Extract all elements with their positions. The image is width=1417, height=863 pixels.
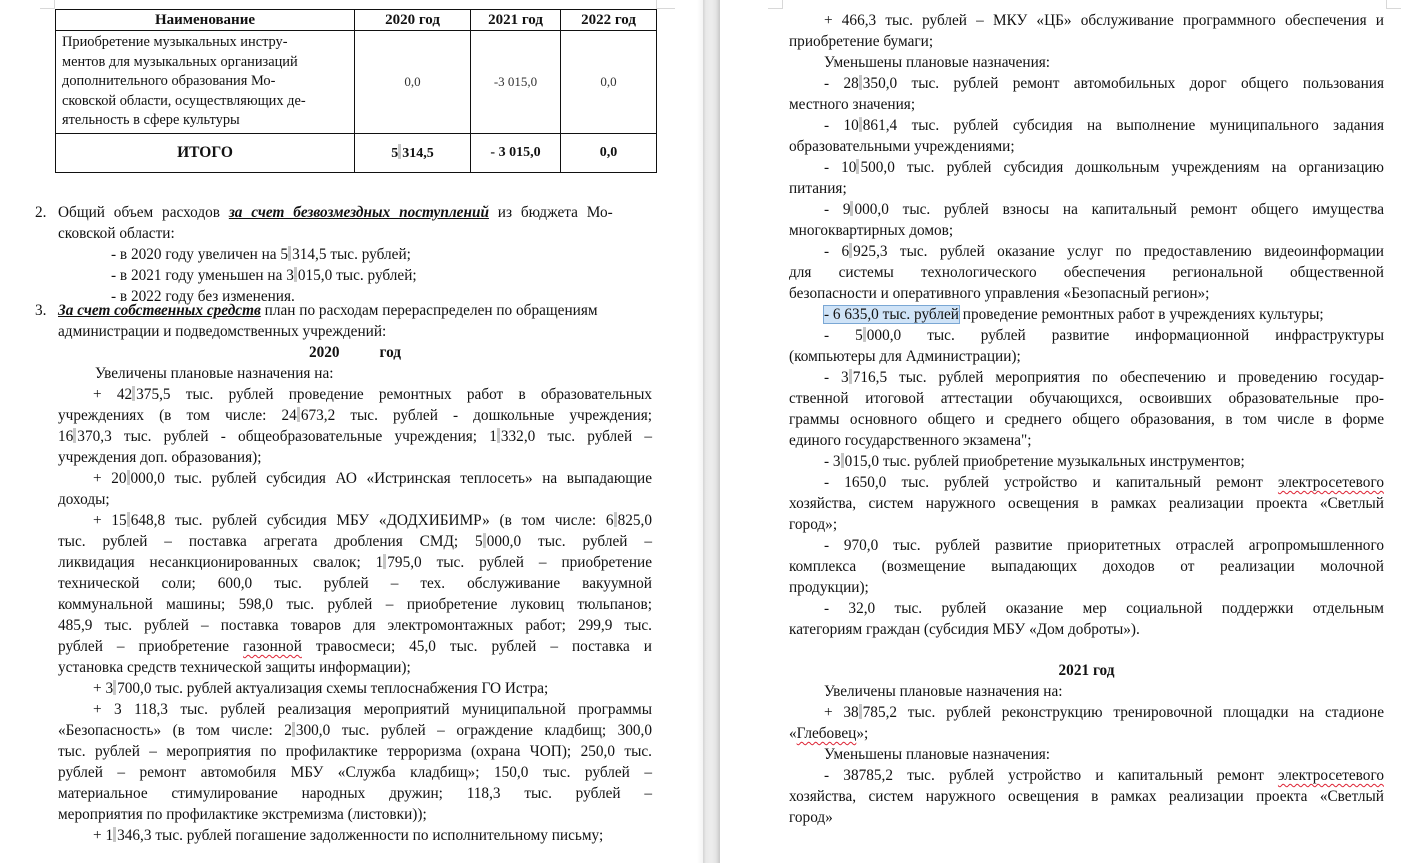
text-line: - 3015,0 тыс. рублей приобретение музыка… [789, 451, 1384, 472]
list-item-section-2: 2. Общий объем расходов за счет безвозме… [35, 202, 652, 307]
text: безопасности и оперативного управления «… [789, 285, 1209, 302]
text: продукции); [789, 579, 869, 596]
paragraph-list: Увеличены плановые назначения на:+ 38785… [789, 681, 1384, 828]
text: 673,2 тыс. рублей - дошкольные учреждени… [301, 407, 652, 424]
text-line: + 466,3 тыс. рублей – МКУ «ЦБ» обслужива… [789, 10, 1384, 31]
text: хозяйства, систем наружного освещения в … [789, 495, 1384, 512]
text: 332,0 тыс. рублей – [501, 428, 652, 445]
paragraph: + 3700,0 тыс. рублей актуализация схемы … [58, 678, 652, 699]
text: для системы технологического обеспечения… [789, 264, 1384, 281]
text: + 42 [93, 386, 132, 403]
text-line: - 9000,0 тыс. рублей взносы на капитальн… [789, 199, 1384, 220]
text-line: безопасности и оперативного управления «… [789, 283, 1384, 304]
text: 825,0 [618, 512, 652, 529]
text-line: рублей – ремонт автомобиля МБУ «Служба к… [58, 762, 652, 783]
nbsp-marker [497, 428, 500, 443]
text: - 32,0 тыс. рублей оказание мер социальн… [824, 600, 1384, 617]
text: 861,4 тыс. рублей субсидия на выполнение… [863, 117, 1384, 134]
text: 650,0 тыс. рублей устройство и капитальн… [852, 474, 1278, 491]
text: 000,0 тыс. рублей развитие информационно… [867, 327, 1384, 344]
table-header-2020: 2020 год [355, 10, 471, 31]
nbsp-marker [856, 159, 859, 174]
increased-label: Увеличены плановые назначения на: [58, 363, 652, 384]
paragraph-list: + 42375,5 тыс. рублей проведение ремонтн… [58, 384, 652, 846]
text: - 38 [824, 767, 859, 784]
text: « [789, 725, 797, 742]
emphasis-text: за счет безвозмездных поступлений [229, 204, 489, 221]
text: приобретение бумаги; [789, 33, 933, 50]
text: - 3 [824, 453, 841, 470]
misspelled-word: электросетевого [1278, 767, 1384, 784]
text: 370,3 тыс. рублей - общеобразовательные … [77, 428, 497, 445]
nbsp-marker [859, 117, 862, 132]
text: «Безопасность» (в том числе: 2 [58, 722, 292, 739]
page-crop-mark [40, 0, 55, 9]
table-cell-name: Приобретение музыкальных инстру- ментов … [56, 31, 355, 134]
text: - 5 [824, 327, 863, 344]
nbsp-marker [614, 512, 617, 527]
text: технической соли; 600,0 тыс. рублей – те… [58, 575, 652, 592]
text-line: хозяйства, систем наружного освещения в … [789, 493, 1384, 514]
page-crop-mark [768, 0, 783, 9]
list-item-section-3: 3. За счет собственных средств план по р… [35, 300, 652, 363]
text: учреждениях (в том числе: 24 [58, 407, 297, 424]
nbsp-marker [863, 327, 866, 342]
table-header-2021: 2021 год [471, 10, 561, 31]
text: ликвидация несанкционированных свалок; 1 [58, 554, 383, 571]
paragraph: + 1346,3 тыс. рублей погашение задолженн… [58, 825, 652, 846]
text: 015,0 тыс. рублей; [298, 267, 417, 284]
text-line: + 15648,8 тыс. рублей субсидия МБУ «ДОДХ… [58, 510, 652, 531]
text-line: - 10500,0 тыс. рублей субсидия дошкольны… [789, 157, 1384, 178]
cell-line: дополнительного образования Мо- [62, 72, 348, 92]
paragraph: - 6 635,0 тыс. рублей проведение ремонтн… [789, 304, 1384, 325]
text-line: ликвидация несанкционированных свалок; 1… [58, 552, 652, 573]
text-line: ственной итоговой аттестации обучающихся… [789, 388, 1384, 409]
text-line: + 42375,5 тыс. рублей проведение ремонтн… [58, 384, 652, 405]
table-total-2022: 0,0 [561, 133, 657, 172]
text-line: + 38785,2 тыс. рублей реконструкцию трен… [789, 702, 1384, 723]
list-number: 2. [35, 202, 46, 223]
text-line: + 3 118,3 тыс. рублей реализация меропри… [58, 699, 652, 720]
nbsp-marker [859, 75, 862, 90]
text: травосмеси; 45,0 тыс. рублей – поставка … [302, 638, 652, 655]
text: 785,2 тыс. рублей реконструкцию трениров… [863, 704, 1384, 721]
nbsp-marker [127, 512, 130, 527]
text: 700,0 тыс. рублей актуализация схемы теп… [117, 680, 548, 697]
section2-item: - в 2021 году уменьшен на 3015,0 тыс. ру… [58, 265, 652, 286]
total-part: 314,5 [402, 146, 434, 161]
text: - 3 [824, 369, 849, 386]
section-label: Уменьшены плановые назначения: [789, 744, 1384, 765]
paragraph: - 3716,5 тыс. рублей мероприятия по обес… [789, 367, 1384, 451]
nbsp-marker [849, 369, 852, 384]
paragraph: - 28350,0 тыс. рублей ремонт автомобильн… [789, 73, 1384, 115]
text-line: образовательными учреждениями; [789, 136, 1384, 157]
paragraph: - 1650,0 тыс. рублей устройство и капита… [789, 472, 1384, 535]
paragraph: + 466,3 тыс. рублей – МКУ «ЦБ» обслужива… [789, 10, 1384, 52]
text-line: для системы технологического обеспечения… [789, 262, 1384, 283]
text: Увеличены плановые назначения на: [824, 683, 1063, 700]
section3-intro: За счет собственных средств план по расх… [58, 300, 652, 342]
nbsp-marker [113, 827, 116, 842]
text: - 970,0 тыс. рублей развитие приоритетны… [824, 537, 1384, 554]
text: - 10 [824, 117, 859, 134]
text: местного значения; [789, 96, 915, 113]
text: 015,0 тыс. рублей приобретение музыкальн… [845, 453, 1245, 470]
paragraph: + 42375,5 тыс. рублей проведение ремонтн… [58, 384, 652, 468]
text-line: продукции); [789, 577, 1384, 598]
text-line: - 6925,3 тыс. рублей оказание услуг по п… [789, 241, 1384, 262]
misspelled-word: газонной [243, 638, 302, 655]
text: + 38 [824, 704, 859, 721]
text: тыс. рублей – мероприятия по профилактик… [58, 743, 652, 760]
text-line: город»; [789, 514, 1384, 535]
total-part: 5 [391, 146, 398, 161]
text: хозяйства, систем наружного освещения в … [789, 788, 1384, 805]
budget-table: Наименование 2020 год 2021 год 2022 год … [55, 9, 657, 173]
text-line: мероприятия по профилактике экстремизма … [58, 804, 652, 825]
text: 16 [58, 428, 73, 445]
text: 500,0 тыс. рублей субсидия дошкольным уч… [860, 159, 1384, 176]
text-line: + 3700,0 тыс. рублей актуализация схемы … [58, 678, 652, 699]
paragraph: + 20000,0 тыс. рублей субсидия АО «Истри… [58, 468, 652, 510]
text-line: доходы; [58, 489, 652, 510]
table-header-2022: 2022 год [561, 10, 657, 31]
document-page-left[interactable]: Наименование 2020 год 2021 год 2022 год … [0, 0, 703, 863]
text: + 3 [93, 680, 113, 697]
text: образовательными учреждениями; [789, 138, 1015, 155]
text: единого государственного экзамена"; [789, 432, 1032, 449]
text-line: тыс. рублей – мероприятия по профилактик… [58, 741, 652, 762]
text-line: установка средств технической защиты инф… [58, 657, 652, 678]
text: город» [789, 809, 833, 826]
text-line: тыс. рублей – поставка агрегата дроблени… [58, 531, 652, 552]
text-line: 485,9 тыс. рублей – поставка товаров для… [58, 615, 652, 636]
nbsp-marker [288, 246, 291, 261]
paragraph: - 10500,0 тыс. рублей субсидия дошкольны… [789, 157, 1384, 199]
text-line: - 10861,4 тыс. рублей субсидия на выполн… [789, 115, 1384, 136]
text-line: «Глебовец»; [789, 723, 1384, 744]
nbsp-marker [849, 243, 852, 258]
text-line: «Безопасность» (в том числе: 2300,0 тыс.… [58, 720, 652, 741]
text-line: коммунальной машины; 598,0 тыс. рублей –… [58, 594, 652, 615]
text: коммунальной машины; 598,0 тыс. рублей –… [58, 596, 652, 613]
table-total-2020: 5314,5 [355, 133, 471, 172]
cell-line: сковской области, осуществляющих де- [62, 92, 348, 112]
section3-body: Увеличены плановые назначения на: + 4237… [58, 363, 652, 846]
nbsp-marker [127, 470, 130, 485]
text: 000,0 тыс. рублей взносы на капитальный … [854, 201, 1384, 218]
text: 314,5 тыс. рублей; [292, 246, 411, 263]
table-header-name: Наименование [56, 10, 355, 31]
text: »; [856, 725, 868, 742]
text-line: приобретение бумаги; [789, 31, 1384, 52]
text-line: Увеличены плановые назначения на: [789, 681, 1384, 702]
text: Уменьшены плановые назначения: [824, 54, 1050, 71]
table-total-label: ИТОГО [56, 133, 355, 172]
text: 346,3 тыс. рублей погашение задолженност… [117, 827, 603, 844]
text: + 3 118,3 тыс. рублей реализация меропри… [93, 701, 652, 718]
text: Уменьшены плановые назначения: [824, 746, 1050, 763]
text: + 1 [93, 827, 113, 844]
text: 648,8 тыс. рублей субсидия МБУ «ДОДХИБИМ… [131, 512, 614, 529]
paragraph: + 38785,2 тыс. рублей реконструкцию трен… [789, 702, 1384, 744]
cell-line: ятельность в сфере культуры [62, 111, 348, 131]
nbsp-marker [113, 680, 116, 695]
text-line: - 32,0 тыс. рублей оказание мер социальн… [789, 598, 1384, 619]
page-crop-mark [656, 0, 675, 9]
table-cell-2021: -3 015,0 [471, 31, 561, 134]
section-label: Увеличены плановые назначения на: [789, 681, 1384, 702]
text-line: граммы основного общего и среднего общег… [789, 409, 1384, 430]
year-heading-2020: 2020год [58, 342, 652, 363]
text-line: многоквартирных домов; [789, 220, 1384, 241]
text-line: + 1346,3 тыс. рублей погашение задолженн… [58, 825, 652, 846]
text-line: - 6 635,0 тыс. рублей проведение ремонтн… [789, 304, 1384, 325]
text-line: 16370,3 тыс. рублей - общеобразовательны… [58, 426, 652, 447]
text-line: - 970,0 тыс. рублей развитие приоритетны… [789, 535, 1384, 556]
text: - 10 [824, 159, 856, 176]
paragraph: + 3 118,3 тыс. рублей реализация меропри… [58, 699, 652, 825]
text: 785,2 тыс. рублей устройство и капитальн… [859, 767, 1278, 784]
text: из бюджета Мо- [489, 204, 613, 221]
text-line: учреждения доп. образования); [58, 447, 652, 468]
paragraph: - 970,0 тыс. рублей развитие приоритетны… [789, 535, 1384, 598]
misspelled-word: электросетевого [1278, 474, 1384, 491]
text: 000,0 тыс. рублей – [487, 533, 652, 550]
text-line: единого государственного экзамена"; [789, 430, 1384, 451]
text: 300,0 тыс. рублей – ограждение кладбищ; … [296, 722, 652, 739]
text: - в 2020 году увеличен на 5 [111, 246, 288, 263]
text-line: технической соли; 600,0 тыс. рублей – те… [58, 573, 652, 594]
text-line: - 28350,0 тыс. рублей ремонт автомобильн… [789, 73, 1384, 94]
paragraph-list: + 466,3 тыс. рублей – МКУ «ЦБ» обслужива… [789, 10, 1384, 640]
text-line: материальное стимулирование народных дру… [58, 783, 652, 804]
text: рублей – приобретение [58, 638, 243, 655]
section-label: Уменьшены плановые назначения: [789, 52, 1384, 73]
table-header-row: Наименование 2020 год 2021 год 2022 год [56, 10, 657, 31]
text-line: город» [789, 807, 1384, 828]
page-crop-mark [1386, 0, 1401, 9]
right-page-body: + 466,3 тыс. рублей – МКУ «ЦБ» обслужива… [789, 10, 1384, 828]
text: 925,3 тыс. рублей оказание услуг по пред… [853, 243, 1384, 260]
text: установка средств технической защиты инф… [58, 659, 411, 676]
nbsp-marker [859, 704, 862, 719]
text: 716,5 тыс. рублей мероприятия по обеспеч… [853, 369, 1384, 386]
section2-line1: Общий объем расходов за счет безвозмездн… [58, 202, 652, 223]
document-page-right[interactable]: + 466,3 тыс. рублей – МКУ «ЦБ» обслужива… [720, 0, 1417, 863]
text-line: учреждениях (в том числе: 24673,2 тыс. р… [58, 405, 652, 426]
table-row: Приобретение музыкальных инстру- ментов … [56, 31, 657, 134]
text: многоквартирных домов; [789, 222, 953, 239]
text: комплекса (возмещение выпадающих доходов… [789, 558, 1384, 575]
table-cell-2022: 0,0 [561, 31, 657, 134]
text: (компьютеры для Администрации); [789, 348, 1021, 365]
text: граммы основного общего и среднего общег… [789, 411, 1384, 428]
cell-line: ментов для музыкальных организаций [62, 53, 348, 73]
paragraph: - 10861,4 тыс. рублей субсидия на выполн… [789, 115, 1384, 157]
text-line: категориям граждан (субсидия МБУ «Дом до… [789, 619, 1384, 640]
misspelled-word: Глебовец [797, 725, 857, 742]
text: тыс. рублей – поставка агрегата дроблени… [58, 533, 483, 550]
text-line: рублей – приобретение газонной травосмес… [58, 636, 652, 657]
nbsp-marker [841, 453, 844, 468]
text-line: - 3716,5 тыс. рублей мероприятия по обес… [789, 367, 1384, 388]
text: 350,0 тыс. рублей ремонт автомобильных д… [863, 75, 1384, 92]
text: 000,0 тыс. рублей субсидия АО «Истринска… [131, 470, 653, 487]
text-line: комплекса (возмещение выпадающих доходов… [789, 556, 1384, 577]
text-line: питания; [789, 178, 1384, 199]
text-line: - 1650,0 тыс. рублей устройство и капита… [789, 472, 1384, 493]
nbsp-marker [73, 428, 76, 443]
text: Общий объем расходов [58, 204, 229, 221]
selected-text[interactable]: - 6 635,0 тыс. рублей [824, 306, 959, 323]
text: - в 2021 году уменьшен на 3 [111, 267, 294, 284]
text: 485,9 тыс. рублей – поставка товаров для… [58, 617, 652, 634]
paragraph: - 6925,3 тыс. рублей оказание услуг по п… [789, 241, 1384, 304]
text: - 9 [824, 201, 850, 218]
text-line: Уменьшены плановые назначения: [789, 52, 1384, 73]
nbsp-marker [383, 554, 386, 569]
text: 2020 [309, 344, 340, 361]
section2-item: - в 2020 году увеличен на 5314,5 тыс. ру… [58, 244, 652, 265]
text: мероприятия по профилактике экстремизма … [58, 806, 427, 823]
table-total-row: ИТОГО 5314,5 - 3 015,0 0,0 [56, 133, 657, 172]
text: + 20 [93, 470, 127, 487]
nbsp-marker [297, 407, 300, 422]
paragraph: + 15648,8 тыс. рублей субсидия МБУ «ДОДХ… [58, 510, 652, 678]
text: питания; [789, 180, 847, 197]
paragraph: - 5000,0 тыс. рублей развитие информацио… [789, 325, 1384, 367]
text: - 28 [824, 75, 859, 92]
year-heading-2021: 2021 год [789, 660, 1384, 681]
page-gap [703, 0, 720, 863]
emphasis-text: За счет собственных средств [58, 302, 261, 319]
nbsp-marker [294, 267, 297, 282]
nbsp-marker [292, 722, 295, 737]
text-line: - 5000,0 тыс. рублей развитие информацио… [789, 325, 1384, 346]
text-line: местного значения; [789, 94, 1384, 115]
text: рублей – ремонт автомобиля МБУ «Служба к… [58, 764, 652, 781]
text: + 466,3 тыс. рублей – МКУ «ЦБ» обслужива… [824, 12, 1384, 29]
text: материальное стимулирование народных дру… [58, 785, 652, 802]
paragraph: - 38785,2 тыс. рублей устройство и капит… [789, 765, 1384, 828]
text: ственной итоговой аттестации обучающихся… [789, 390, 1384, 407]
text: - 1 [824, 474, 852, 491]
nbsp-marker [132, 386, 135, 401]
text: 795,0 тыс. рублей – приобретение [387, 554, 652, 571]
section2-line2: сковской области: [58, 223, 652, 244]
text-line: хозяйства, систем наружного освещения в … [789, 786, 1384, 807]
paragraph: - 3015,0 тыс. рублей приобретение музыка… [789, 451, 1384, 472]
table-cell-2020: 0,0 [355, 31, 471, 134]
nbsp-marker [398, 144, 401, 159]
text: доходы; [58, 491, 110, 508]
text-line: - 38785,2 тыс. рублей устройство и капит… [789, 765, 1384, 786]
text: категориям граждан (субсидия МБУ «Дом до… [789, 621, 1140, 638]
cell-line: Приобретение музыкальных инстру- [62, 33, 348, 53]
text: город»; [789, 516, 837, 533]
text: 375,5 тыс. рублей проведение ремонтных р… [136, 386, 652, 403]
paragraph: - 32,0 тыс. рублей оказание мер социальн… [789, 598, 1384, 640]
text-line: Уменьшены плановые назначения: [789, 744, 1384, 765]
text-line: (компьютеры для Администрации); [789, 346, 1384, 367]
text: год [380, 344, 402, 361]
list-number: 3. [35, 300, 46, 321]
text: - 6 [824, 243, 849, 260]
text: проведение ремонтных работ в учреждениях… [959, 306, 1324, 323]
nbsp-marker [483, 533, 486, 548]
text: + 15 [93, 512, 127, 529]
table-total-2021: - 3 015,0 [471, 133, 561, 172]
text-line: + 20000,0 тыс. рублей субсидия АО «Истри… [58, 468, 652, 489]
paragraph: - 9000,0 тыс. рублей взносы на капитальн… [789, 199, 1384, 241]
text: учреждения доп. образования); [58, 449, 261, 466]
